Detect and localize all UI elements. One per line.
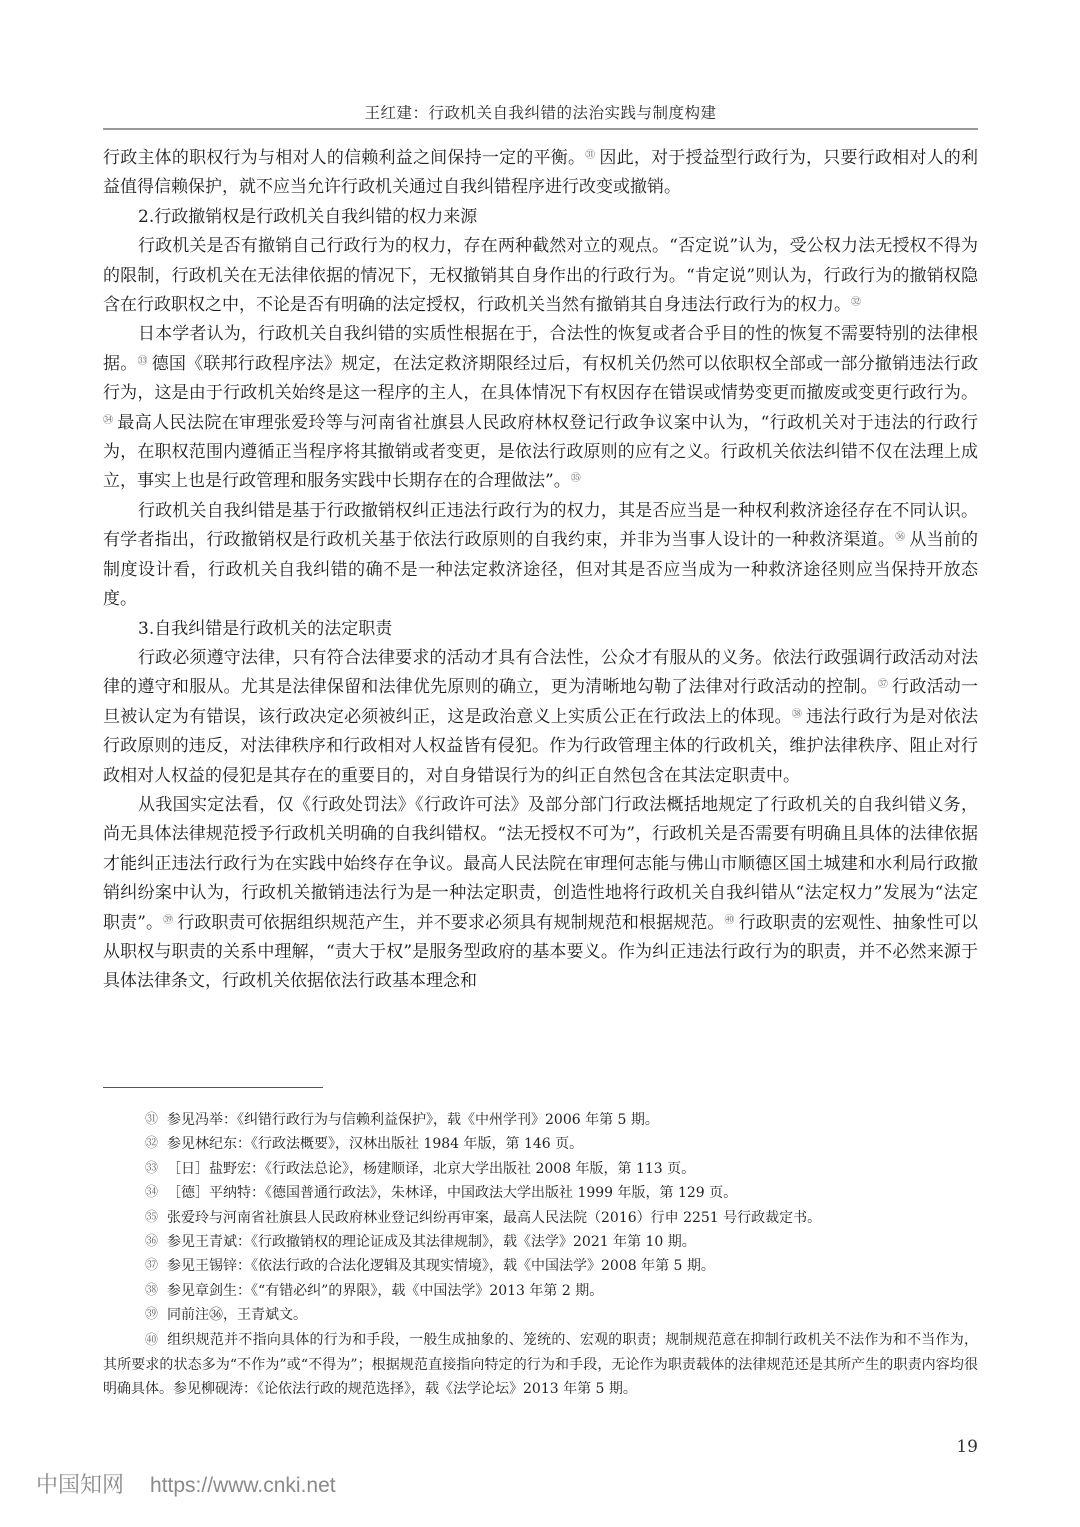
paragraph: 日本学者认为，行政机关自我纠错的实质性根据在于，合法性的恢复或者合乎目的性的恢复…	[103, 320, 978, 496]
footnote-text: 参见王锡锌：《依法行政的合法化逻辑及其现实情境》，载《中国法学》2008 年第 …	[167, 1254, 978, 1278]
paragraph-text: 行政职责可依据组织规范产生，并不要求必须具有规制规范和根据规范。	[177, 913, 724, 933]
footnote-text: 同前注㊱，王青斌文。	[167, 1303, 978, 1327]
page-number: 19	[940, 1437, 978, 1457]
paragraph-text: 行政主体的职权行为与相对人的信赖利益之间保持一定的平衡。	[103, 148, 585, 168]
watermark-url: https://www.cnki.net	[150, 1474, 336, 1498]
footnote: ㉜参见林纪东：《行政法概要》，汉林出版社 1984 年版，第 146 页。	[103, 1132, 978, 1156]
watermark-brand: 中国知网	[36, 1468, 124, 1499]
paragraph: 行政主体的职权行为与相对人的信赖利益之间保持一定的平衡。㉛因此，对于授益型行政行…	[103, 144, 978, 203]
paragraph-text: 行政机关是否有撤销自己行政行为的权力，存在两种截然对立的观点。“否定说”认为，受…	[103, 236, 978, 315]
footnote-reference[interactable]: ㊴	[163, 915, 173, 926]
watermark: 中国知网 https://www.cnki.net	[36, 1468, 336, 1499]
footnote-reference[interactable]: ㊳	[792, 709, 802, 720]
footnote-reference[interactable]: ㊵	[725, 915, 735, 926]
footnote: ㊲参见王锡锌：《依法行政的合法化逻辑及其现实情境》，载《中国法学》2008 年第…	[103, 1254, 978, 1278]
paragraph-text: 最高人民法院在审理张爱玲等与河南省社旗县人民政府林权登记行政争议案中认为，“行政…	[103, 413, 978, 492]
body-text: 行政主体的职权行为与相对人的信赖利益之间保持一定的平衡。㉛因此，对于授益型行政行…	[103, 144, 978, 997]
paragraph-text: 行政机关自我纠错是基于行政撤销权纠正违法行政行为的权力，其是否应当是一种权利救济…	[103, 501, 978, 550]
footnote-reference[interactable]: ㊱	[895, 532, 905, 543]
footnote-text: 参见章剑生：《“有错必纠”的界限》，载《中国法学》2013 年第 2 期。	[167, 1279, 978, 1303]
footnote-marker: ㊴	[103, 1303, 167, 1327]
paragraph: 行政必须遵守法律，只有符合法律要求的活动才具有合法性，公众才有服从的义务。依法行…	[103, 644, 978, 791]
footnote-text: 参见林纪东：《行政法概要》，汉林出版社 1984 年版，第 146 页。	[167, 1132, 978, 1156]
footnote-marker: ㊲	[103, 1254, 167, 1278]
footnote: ㊵组织规范并不指向具体的行为和手段，一般生成抽象的、笼统的、宏观的职责；规制规范…	[103, 1328, 978, 1402]
footnote-marker: ㉜	[103, 1132, 167, 1156]
header-rule	[103, 128, 978, 130]
paragraph-text: 德国《联邦行政程序法》规定，在法定救济期限经过后，有权机关仍然可以依职权全部或一…	[103, 354, 978, 403]
section-heading: 2.行政撤销权是行政机关自我纠错的权力来源	[103, 203, 978, 232]
paragraph-text: 行政必须遵守法律，只有符合法律要求的活动才具有合法性，公众才有服从的义务。依法行…	[103, 648, 978, 697]
footnote: ㉛参见冯举：《纠错行政行为与信赖利益保护》，载《中州学刊》2006 年第 5 期…	[103, 1108, 978, 1132]
footnote-marker: ㉛	[103, 1108, 167, 1132]
footnote-text: 组织规范并不指向具体的行为和手段，一般生成抽象的、笼统的、宏观的职责；规制规范意…	[103, 1332, 978, 1398]
footnote-text: 张爱玲与河南省社旗县人民政府林业登记纠纷再审案，最高人民法院（2016）行申 2…	[167, 1206, 978, 1230]
footnote: ㊳参见章剑生：《“有错必纠”的界限》，载《中国法学》2013 年第 2 期。	[103, 1279, 978, 1303]
footnote-rule	[103, 1087, 323, 1088]
footnote-reference[interactable]: ㉜	[851, 297, 861, 308]
footnote: ㊴同前注㊱，王青斌文。	[103, 1303, 978, 1327]
paragraph: 行政机关是否有撤销自己行政行为的权力，存在两种截然对立的观点。“否定说”认为，受…	[103, 232, 978, 320]
footnote-reference[interactable]: ㉟	[571, 473, 581, 484]
footnote-text: 参见王青斌：《行政撤销权的理论证成及其法律规制》，载《法学》2021 年第 10…	[167, 1230, 978, 1254]
footnote-marker: ㉝	[103, 1157, 167, 1181]
paragraph: 行政机关自我纠错是基于行政撤销权纠正违法行政行为的权力，其是否应当是一种权利救济…	[103, 497, 978, 615]
paragraph-text: 2.行政撤销权是行政机关自我纠错的权力来源	[138, 207, 477, 227]
footnote-text: 参见冯举：《纠错行政行为与信赖利益保护》，载《中州学刊》2006 年第 5 期。	[167, 1108, 978, 1132]
footnote: ㉝［日］盐野宏：《行政法总论》，杨建顺译，北京大学出版社 2008 年版，第 1…	[103, 1157, 978, 1181]
footnote: ㊱参见王青斌：《行政撤销权的理论证成及其法律规制》，载《法学》2021 年第 1…	[103, 1230, 978, 1254]
footnote-reference[interactable]: ㉛	[585, 150, 595, 161]
paragraph-text: 3.自我纠错是行政机关的法定职责	[138, 619, 392, 639]
footnote-marker: ㊱	[103, 1230, 167, 1254]
footnote-text: ［日］盐野宏：《行政法总论》，杨建顺译，北京大学出版社 2008 年版，第 11…	[167, 1157, 978, 1181]
footnote-marker: ㊳	[103, 1279, 167, 1303]
footnote-reference[interactable]: ㉞	[103, 415, 113, 426]
footnote: ㉞［德］平纳特：《德国普通行政法》，朱林译，中国政法大学出版社 1999 年版，…	[103, 1181, 978, 1205]
footnote-marker: ㉞	[103, 1181, 167, 1205]
footnote: ㉟张爱玲与河南省社旗县人民政府林业登记纠纷再审案，最高人民法院（2016）行申 …	[103, 1206, 978, 1230]
section-heading: 3.自我纠错是行政机关的法定职责	[103, 615, 978, 644]
footnote-reference[interactable]: ㊲	[878, 679, 888, 690]
paragraph: 从我国实定法看，仅《行政处罚法》《行政许可法》及部分部门行政法概括地规定了行政机…	[103, 791, 978, 997]
footnotes: ㉛参见冯举：《纠错行政行为与信赖利益保护》，载《中州学刊》2006 年第 5 期…	[103, 1108, 978, 1402]
footnote-marker: ㉟	[103, 1206, 167, 1230]
footnote-reference[interactable]: ㉝	[137, 356, 147, 367]
footnote-text: ［德］平纳特：《德国普通行政法》，朱林译，中国政法大学出版社 1999 年版，第…	[167, 1181, 978, 1205]
footnote-marker: ㊵	[103, 1329, 167, 1353]
running-head: 王红建：行政机关自我纠错的法治实践与制度构建	[103, 101, 978, 123]
